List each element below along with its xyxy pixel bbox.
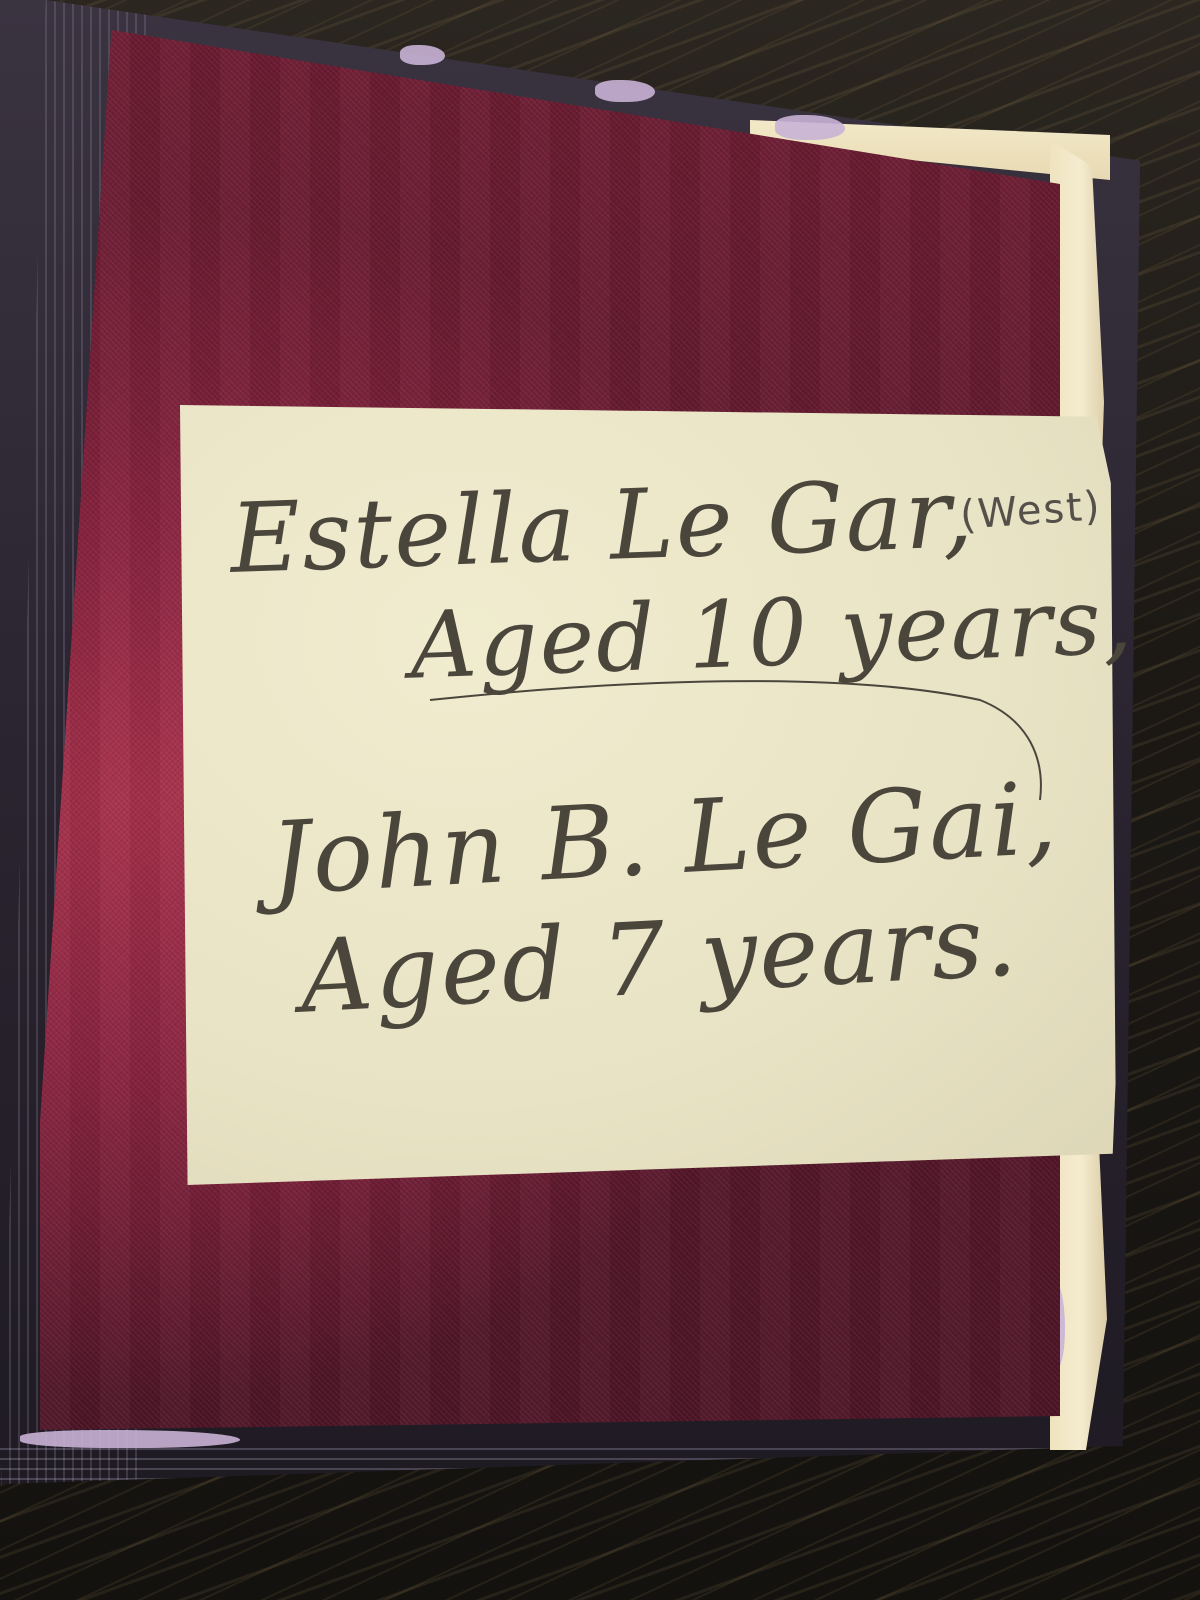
note-annotation-west: (West) — [959, 483, 1103, 539]
paint-chip — [775, 115, 845, 140]
photo-scene: Estella Le Gar, (West) Aged 10 years, Jo… — [0, 0, 1200, 1600]
case-bottom-edge — [0, 1440, 1140, 1530]
paint-chip — [400, 45, 445, 65]
paint-chip — [595, 80, 655, 102]
paint-chip — [20, 1430, 240, 1448]
